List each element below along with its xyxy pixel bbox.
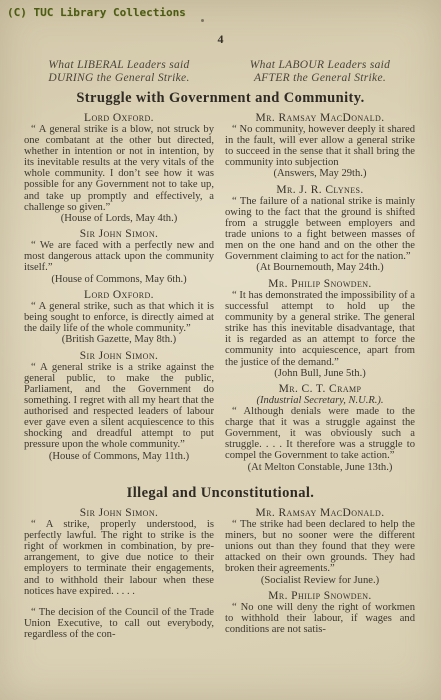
right-column-header: What LABOUR Leaders said AFTER the Gener… xyxy=(225,59,415,85)
quote-attribution: (British Gazette, May 8th.) xyxy=(24,334,214,346)
quote-attribution: (House of Lords, May 4th.) xyxy=(24,213,214,225)
quote-attribution: (At Bournemouth, May 24th.) xyxy=(225,262,415,274)
section-1-left-column: Lord Oxford. “ A general strike is a blo… xyxy=(24,109,214,477)
quote-attribution: (John Bull, June 5th.) xyxy=(225,368,415,380)
speaker-name: Sir John Simon. xyxy=(24,228,214,240)
quote-attribution: (At Melton Constable, June 13th.) xyxy=(225,462,415,474)
quote-macdonald-2: Mr. Ramsay MacDonald. “ The strike had b… xyxy=(225,507,415,586)
quote-text: “ It has demonstrated the impossibility … xyxy=(225,290,415,368)
quote-text: “ No one will deny the right of workmen … xyxy=(225,602,415,635)
left-header-line2: DURING the General Strike. xyxy=(24,72,214,85)
quote-snowden-2: Mr. Philip Snowden. “ No one will deny t… xyxy=(225,590,415,635)
section-2-left-column: Sir John Simon. “ A strike, properly und… xyxy=(24,504,214,644)
speaker-name: Mr. Ramsay MacDonald. xyxy=(225,507,415,519)
quote-text: “ Although denials were made to the char… xyxy=(225,406,415,461)
quote-attribution: (Answers, May 29th.) xyxy=(225,168,415,180)
section-title-struggle: Struggle with Government and Community. xyxy=(0,90,441,107)
paper-speck xyxy=(201,19,204,22)
quote-text: “ A general strike, such as that which i… xyxy=(24,301,214,334)
quote-text-continued: “ The decision of the Council of the Tra… xyxy=(24,607,214,640)
quote-cramp: Mr. C. T. Cramp (Industrial Secretary, N… xyxy=(225,383,415,473)
section-2-columns: Sir John Simon. “ A strike, properly und… xyxy=(0,504,441,644)
speaker-name: Mr. Philip Snowden. xyxy=(225,590,415,602)
quote-simon-3: Sir John Simon. “ A strike, properly und… xyxy=(24,507,214,640)
speaker-name: Mr. Philip Snowden. xyxy=(225,278,415,290)
speaker-name: Sir John Simon. xyxy=(24,350,214,362)
speaker-name: Lord Oxford. xyxy=(24,289,214,301)
quote-simon-2: Sir John Simon. “ A general strike is a … xyxy=(24,350,214,462)
speaker-name: Mr. C. T. Cramp xyxy=(225,383,415,395)
section-1-columns: Lord Oxford. “ A general strike is a blo… xyxy=(0,109,441,477)
speaker-name: Mr. Ramsay MacDonald. xyxy=(225,112,415,124)
quote-snowden-1: Mr. Philip Snowden. “ It has demonstrate… xyxy=(225,278,415,379)
quote-oxford-1: Lord Oxford. “ A general strike is a blo… xyxy=(24,112,214,224)
quote-oxford-2: Lord Oxford. “ A general strike, such as… xyxy=(24,289,214,346)
library-watermark: (C) TUC Library Collections xyxy=(7,6,186,19)
page-number: 4 xyxy=(0,32,441,47)
quote-simon-1: Sir John Simon. “ We are faced with a pe… xyxy=(24,228,214,285)
right-header-line2: AFTER the General Strike. xyxy=(225,72,415,85)
quote-attribution: (House of Commons, May 6th.) xyxy=(24,274,214,286)
speaker-name: Lord Oxford. xyxy=(24,112,214,124)
quote-clynes: Mr. J. R. Clynes. “ The failure of a nat… xyxy=(225,184,415,274)
quote-text: “ We are faced with a perfectly new and … xyxy=(24,240,214,273)
quote-text: “ The failure of a national strike is ma… xyxy=(225,196,415,263)
column-headers: What LIBERAL Leaders said DURING the Gen… xyxy=(0,59,441,85)
right-header-line1: What LABOUR Leaders said xyxy=(225,59,415,72)
quote-text: “ A strike, properly understood, is perf… xyxy=(24,519,214,597)
quote-text: “ A general strike is a blow, not struck… xyxy=(24,124,214,213)
document-page: (C) TUC Library Collections 4 What LIBER… xyxy=(0,0,441,700)
quote-macdonald-1: Mr. Ramsay MacDonald. “ No community, ho… xyxy=(225,112,415,180)
quote-text: “ A general strike is a strike against t… xyxy=(24,362,214,451)
quote-text: “ The strike had been declared to help t… xyxy=(225,519,415,574)
section-2-right-column: Mr. Ramsay MacDonald. “ The strike had b… xyxy=(225,504,415,644)
quote-attribution: (Socialist Review for June.) xyxy=(225,575,415,587)
quote-text: “ No community, however deeply it shared… xyxy=(225,124,415,168)
left-header-line1: What LIBERAL Leaders said xyxy=(24,59,214,72)
speaker-name: Mr. J. R. Clynes. xyxy=(225,184,415,196)
section-1-right-column: Mr. Ramsay MacDonald. “ No community, ho… xyxy=(225,109,415,477)
speaker-subtitle: (Industrial Secretary, N.U.R.). xyxy=(225,395,415,406)
section-title-illegal: Illegal and Unconstitutional. xyxy=(0,485,441,502)
quote-attribution: (House of Commons, May 11th.) xyxy=(24,451,214,463)
left-column-header: What LIBERAL Leaders said DURING the Gen… xyxy=(24,59,214,85)
speaker-name: Sir John Simon. xyxy=(24,507,214,519)
